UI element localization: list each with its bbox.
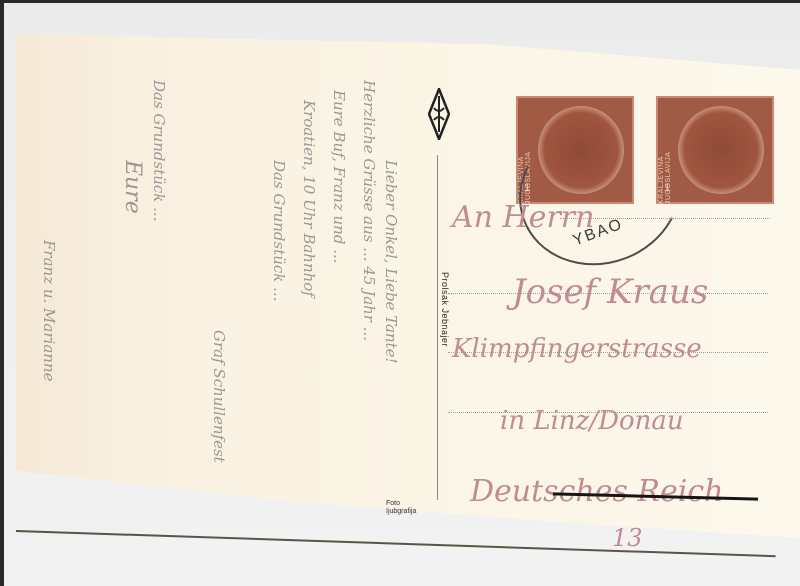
message-column-6: Graf Schullenfest: [210, 330, 228, 463]
signature-2: Franz u. Marianne: [40, 240, 58, 381]
message-column-5: Das Grundstück ...: [270, 160, 288, 301]
stamp-portrait: [678, 106, 764, 194]
scan-edge-left: [0, 0, 4, 586]
message-column-3: Eure Buf, Franz und ...: [330, 90, 348, 264]
address-line-3: Klimpfingerstrasse: [452, 334, 702, 364]
address-line-4: in Linz/Donau: [500, 406, 684, 436]
center-divider: [437, 155, 438, 500]
message-column-1: Lieber Onkel, Liebe Tante!: [382, 160, 400, 364]
address-line-2: Josef Kraus: [512, 272, 708, 312]
message-column-4: Kroatien, 10 Uhr Bahnhof: [300, 100, 318, 297]
signature-1: Eure: [120, 160, 145, 214]
scan-edge-top: [0, 0, 800, 3]
address-line-1: An Herrn: [452, 200, 594, 235]
photo-credit: Foto Ijubgrafija: [386, 500, 416, 516]
message-column-2: Herzliche Grüsse aus ... 45 Jahr ...: [360, 80, 378, 341]
photo-credit-line-1: Foto: [386, 500, 416, 508]
publisher-imprint: Prolsak Jebnajer: [440, 272, 450, 347]
address-line-5: Deutsches Reich: [470, 474, 723, 509]
diamond-monogram-icon: [428, 88, 450, 140]
message-column-7: Das Grundstück ...: [150, 80, 168, 221]
photo-credit-line-2: Ijubgrafija: [386, 508, 416, 516]
address-note: 13: [612, 524, 643, 552]
